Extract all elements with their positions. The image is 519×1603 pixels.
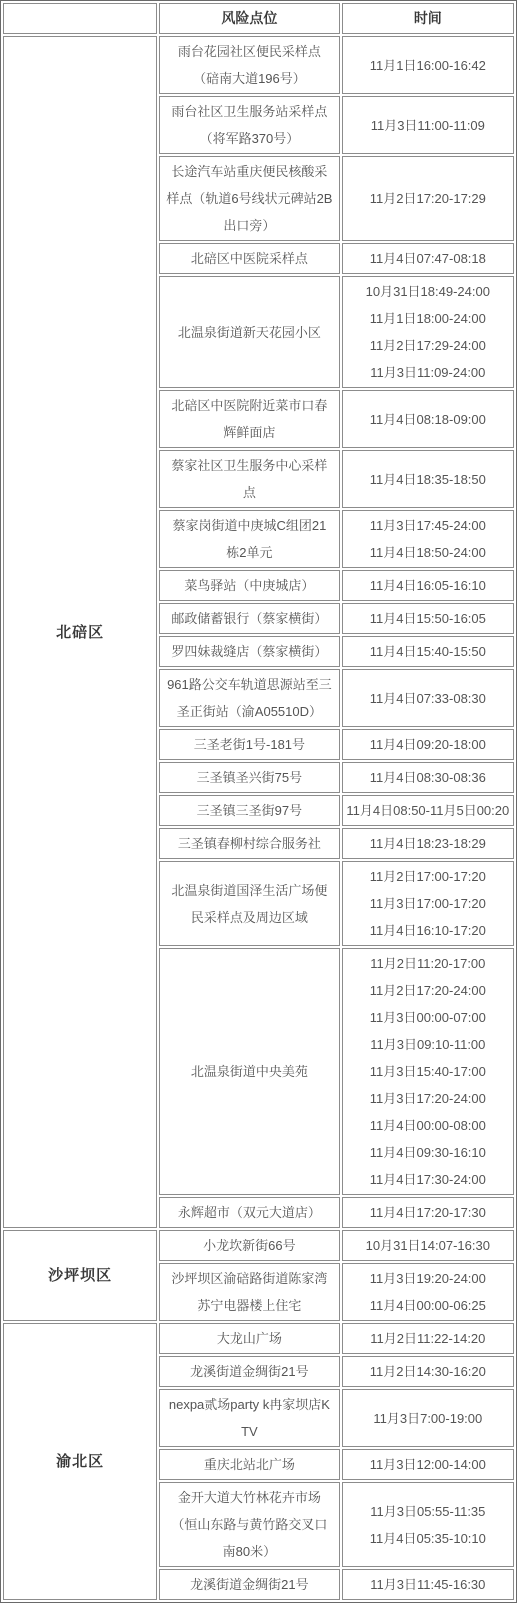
district-column-header xyxy=(3,3,157,34)
risk-location-cell: 雨台社区卫生服务站采样点（将军路370号） xyxy=(159,96,339,154)
time-entry: 11月2日14:30-16:20 xyxy=(346,1358,510,1385)
time-entry: 10月31日18:49-24:00 xyxy=(346,278,510,305)
time-entry: 11月4日09:30-16:10 xyxy=(346,1139,510,1166)
risk-location-cell: 北温泉街道中央美苑 xyxy=(159,948,339,1195)
time-cell: 11月2日11:20-17:0011月2日17:20-24:0011月3日00:… xyxy=(342,948,514,1195)
time-cell: 10月31日18:49-24:0011月1日18:00-24:0011月2日17… xyxy=(342,276,514,388)
risk-location-cell: 龙溪街道金绸街21号 xyxy=(159,1356,339,1387)
time-cell: 11月3日12:00-14:00 xyxy=(342,1449,514,1480)
time-entry: 11月3日09:10-11:00 xyxy=(346,1031,510,1058)
time-entry: 11月4日15:50-16:05 xyxy=(346,605,510,632)
district-cell: 渝北区 xyxy=(3,1323,157,1600)
time-cell: 11月4日08:50-11月5日00:20 xyxy=(342,795,514,826)
time-entry: 11月3日17:00-17:20 xyxy=(346,890,510,917)
time-entry: 11月4日16:05-16:10 xyxy=(346,572,510,599)
time-cell: 11月4日15:50-16:05 xyxy=(342,603,514,634)
district-cell: 北碚区 xyxy=(3,36,157,1228)
time-entry: 11月2日11:20-17:00 xyxy=(346,950,510,977)
risk-location-cell: 大龙山广场 xyxy=(159,1323,339,1354)
time-entry: 11月2日17:20-24:00 xyxy=(346,977,510,1004)
time-cell: 11月2日14:30-16:20 xyxy=(342,1356,514,1387)
risk-location-cell: 罗四妹裁缝店（蔡家横街） xyxy=(159,636,339,667)
time-cell: 11月4日16:05-16:10 xyxy=(342,570,514,601)
risk-location-cell: nexpa贰场party k冉家坝店KTV xyxy=(159,1389,339,1447)
time-entry: 10月31日14:07-16:30 xyxy=(346,1232,510,1259)
time-entry: 11月4日09:20-18:00 xyxy=(346,731,510,758)
time-entry: 11月4日08:50-11月5日00:20 xyxy=(346,797,510,824)
time-cell: 11月2日17:00-17:2011月3日17:00-17:2011月4日16:… xyxy=(342,861,514,946)
risk-location-cell: 龙溪街道金绸街21号 xyxy=(159,1569,339,1600)
time-entry: 11月3日17:20-24:00 xyxy=(346,1085,510,1112)
risk-location-cell: 三圣老街1号-181号 xyxy=(159,729,339,760)
risk-location-cell: 三圣镇圣兴街75号 xyxy=(159,762,339,793)
time-entry: 11月4日07:47-08:18 xyxy=(346,245,510,272)
time-entry: 11月3日17:45-24:00 xyxy=(346,512,510,539)
time-entry: 11月3日15:40-17:00 xyxy=(346,1058,510,1085)
time-entry: 11月2日11:22-14:20 xyxy=(346,1325,510,1352)
time-entry: 11月4日08:18-09:00 xyxy=(346,406,510,433)
risk-location-cell: 961路公交车轨道思源站至三圣正街站（渝A05510D） xyxy=(159,669,339,727)
time-entry: 11月4日18:50-24:00 xyxy=(346,539,510,566)
time-entry: 11月1日16:00-16:42 xyxy=(346,52,510,79)
risk-location-table: 风险点位 时间 北碚区雨台花园社区便民采样点（碚南大道196号）11月1日16:… xyxy=(0,0,517,1603)
time-entry: 11月3日00:00-07:00 xyxy=(346,1004,510,1031)
time-entry: 11月2日17:29-24:00 xyxy=(346,332,510,359)
time-entry: 11月3日11:00-11:09 xyxy=(346,112,510,139)
time-cell: 11月2日11:22-14:20 xyxy=(342,1323,514,1354)
risk-location-cell: 重庆北站北广场 xyxy=(159,1449,339,1480)
district-cell: 沙坪坝区 xyxy=(3,1230,157,1321)
time-cell: 11月4日15:40-15:50 xyxy=(342,636,514,667)
time-entry: 11月4日17:30-24:00 xyxy=(346,1166,510,1193)
time-entry: 11月3日11:45-16:30 xyxy=(346,1571,510,1598)
time-entry: 11月3日12:00-14:00 xyxy=(346,1451,510,1478)
time-cell: 11月4日08:30-08:36 xyxy=(342,762,514,793)
time-cell: 11月4日08:18-09:00 xyxy=(342,390,514,448)
risk-location-cell: 金开大道大竹林花卉市场（恒山东路与黄竹路交叉口南80米） xyxy=(159,1482,339,1567)
risk-location-cell: 蔡家社区卫生服务中心采样点 xyxy=(159,450,339,508)
time-cell: 11月4日17:20-17:30 xyxy=(342,1197,514,1228)
time-entry: 11月3日19:20-24:00 xyxy=(346,1265,510,1292)
risk-location-cell: 北温泉街道国泽生活广场便民采样点及周边区域 xyxy=(159,861,339,946)
time-entry: 11月4日18:23-18:29 xyxy=(346,830,510,857)
risk-location-cell: 永辉超市（双元大道店） xyxy=(159,1197,339,1228)
time-entry: 11月4日16:10-17:20 xyxy=(346,917,510,944)
time-entry: 11月3日7:00-19:00 xyxy=(346,1405,510,1432)
time-cell: 11月4日18:35-18:50 xyxy=(342,450,514,508)
risk-location-cell: 长途汽车站重庆便民核酸采样点（轨道6号线状元碑站2B出口旁） xyxy=(159,156,339,241)
risk-location-cell: 菜鸟驿站（中庚城店） xyxy=(159,570,339,601)
time-entry: 11月4日00:00-08:00 xyxy=(346,1112,510,1139)
time-cell: 10月31日14:07-16:30 xyxy=(342,1230,514,1261)
time-cell: 11月3日05:55-11:3511月4日05:35-10:10 xyxy=(342,1482,514,1567)
risk-location-cell: 北碚区中医院附近菜市口春辉鲜面店 xyxy=(159,390,339,448)
time-cell: 11月3日7:00-19:00 xyxy=(342,1389,514,1447)
risk-location-cell: 北碚区中医院采样点 xyxy=(159,243,339,274)
risk-location-cell: 沙坪坝区渝碚路街道陈家湾苏宁电器楼上住宅 xyxy=(159,1263,339,1321)
time-entry: 11月4日00:00-06:25 xyxy=(346,1292,510,1319)
risk-location-cell: 邮政储蓄银行（蔡家横街） xyxy=(159,603,339,634)
risk-location-cell: 蔡家岗街道中庚城C组团21栋2单元 xyxy=(159,510,339,568)
time-entry: 11月4日15:40-15:50 xyxy=(346,638,510,665)
table-body: 北碚区雨台花园社区便民采样点（碚南大道196号）11月1日16:00-16:42… xyxy=(3,36,514,1600)
time-cell: 11月3日17:45-24:0011月4日18:50-24:00 xyxy=(342,510,514,568)
time-entry: 11月4日05:35-10:10 xyxy=(346,1525,510,1552)
time-entry: 11月4日07:33-08:30 xyxy=(346,685,510,712)
time-cell: 11月2日17:20-17:29 xyxy=(342,156,514,241)
time-entry: 11月4日08:30-08:36 xyxy=(346,764,510,791)
time-cell: 11月3日19:20-24:0011月4日00:00-06:25 xyxy=(342,1263,514,1321)
time-cell: 11月4日09:20-18:00 xyxy=(342,729,514,760)
risk-location-cell: 雨台花园社区便民采样点（碚南大道196号） xyxy=(159,36,339,94)
table-row: 渝北区大龙山广场11月2日11:22-14:20 xyxy=(3,1323,514,1354)
table-row: 沙坪坝区小龙坎新街66号10月31日14:07-16:30 xyxy=(3,1230,514,1261)
risk-location-cell: 北温泉街道新天花园小区 xyxy=(159,276,339,388)
time-cell: 11月3日11:00-11:09 xyxy=(342,96,514,154)
time-entry: 11月3日05:55-11:35 xyxy=(346,1498,510,1525)
time-cell: 11月4日07:47-08:18 xyxy=(342,243,514,274)
risk-location-cell: 三圣镇三圣街97号 xyxy=(159,795,339,826)
time-cell: 11月1日16:00-16:42 xyxy=(342,36,514,94)
time-cell: 11月4日18:23-18:29 xyxy=(342,828,514,859)
time-entry: 11月4日17:20-17:30 xyxy=(346,1199,510,1226)
time-entry: 11月1日18:00-24:00 xyxy=(346,305,510,332)
time-column-header: 时间 xyxy=(342,3,514,34)
time-entry: 11月2日17:00-17:20 xyxy=(346,863,510,890)
risk-location-cell: 小龙坎新街66号 xyxy=(159,1230,339,1261)
table-row: 北碚区雨台花园社区便民采样点（碚南大道196号）11月1日16:00-16:42 xyxy=(3,36,514,94)
time-entry: 11月4日18:35-18:50 xyxy=(346,466,510,493)
time-entry: 11月2日17:20-17:29 xyxy=(346,185,510,212)
time-cell: 11月4日07:33-08:30 xyxy=(342,669,514,727)
time-cell: 11月3日11:45-16:30 xyxy=(342,1569,514,1600)
header-row: 风险点位 时间 xyxy=(3,3,514,34)
risk-location-cell: 三圣镇春柳村综合服务社 xyxy=(159,828,339,859)
time-entry: 11月3日11:09-24:00 xyxy=(346,359,510,386)
location-column-header: 风险点位 xyxy=(159,3,339,34)
